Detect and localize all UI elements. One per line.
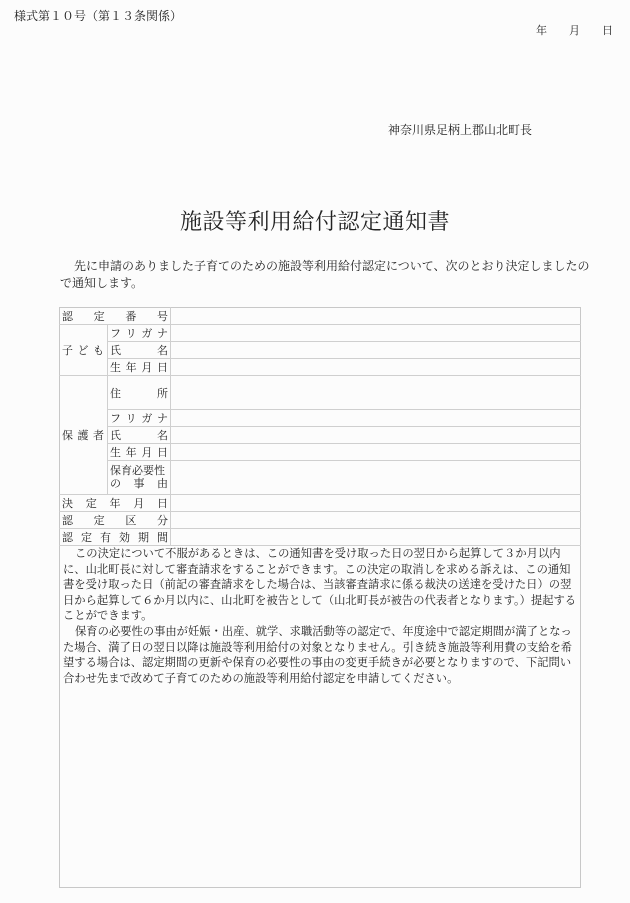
group-child: 子ども — [62, 325, 104, 375]
value-child-furigana[interactable] — [171, 325, 580, 341]
value-child-name[interactable] — [171, 342, 580, 358]
issuer: 神奈川県足柄上郡山北町長 — [388, 121, 532, 138]
group-guardian: 保護者 — [62, 376, 104, 494]
value-guardian-furigana[interactable] — [171, 410, 580, 426]
intro-text: 先に申請のありました子育てのための施設等利用給付認定について、次のとおり決定しま… — [60, 258, 590, 292]
label-certification-validity-period: 認定有効期間 — [62, 529, 168, 545]
notice-section: この決定について不服があるときは、この通知書を受け取った日の翌日から起算して３か… — [63, 546, 577, 686]
label-child-birthdate: 生年月日 — [110, 359, 168, 375]
label-decision-date: 決定年月日 — [62, 495, 168, 511]
label-guardian-name: 氏名 — [110, 427, 168, 443]
value-certification-number[interactable] — [171, 308, 580, 324]
form-number: 様式第１０号（第１３条関係） — [14, 7, 182, 24]
notice-appeal-paragraph: この決定について不服があるときは、この通知書を受け取った日の翌日から起算して３か… — [63, 546, 577, 624]
label-certification-category: 認定区分 — [62, 512, 168, 528]
notice-renewal-paragraph: 保育の必要性の事由が妊娠・出産、就学、求職活動等の認定で、年度途中で認定期間が満… — [63, 624, 577, 686]
label-child-name: 氏名 — [110, 342, 168, 358]
label-guardian-address: 住所 — [110, 376, 168, 409]
label-guardian-furigana: フリガナ — [110, 410, 168, 426]
label-childcare-necessity-reason: 保育必要性 の事由 — [110, 464, 168, 490]
date-month-label: 月 — [569, 22, 580, 38]
value-guardian-address[interactable] — [171, 376, 580, 409]
divider — [107, 324, 108, 494]
label-certification-number: 認定番号 — [62, 308, 168, 324]
value-child-birthdate[interactable] — [171, 359, 580, 375]
label-child-furigana: フリガナ — [110, 325, 168, 341]
date-day-label: 日 — [602, 22, 613, 38]
label-guardian-birthdate: 生年月日 — [110, 444, 168, 460]
value-decision-date[interactable] — [171, 495, 580, 511]
value-childcare-necessity-reason[interactable] — [171, 461, 580, 494]
value-guardian-name[interactable] — [171, 427, 580, 443]
value-certification-category[interactable] — [171, 512, 580, 528]
document-title: 施設等利用給付認定通知書 — [0, 205, 630, 236]
value-certification-validity-period[interactable] — [171, 529, 580, 545]
date-year-label: 年 — [536, 22, 547, 38]
value-guardian-birthdate[interactable] — [171, 444, 580, 460]
